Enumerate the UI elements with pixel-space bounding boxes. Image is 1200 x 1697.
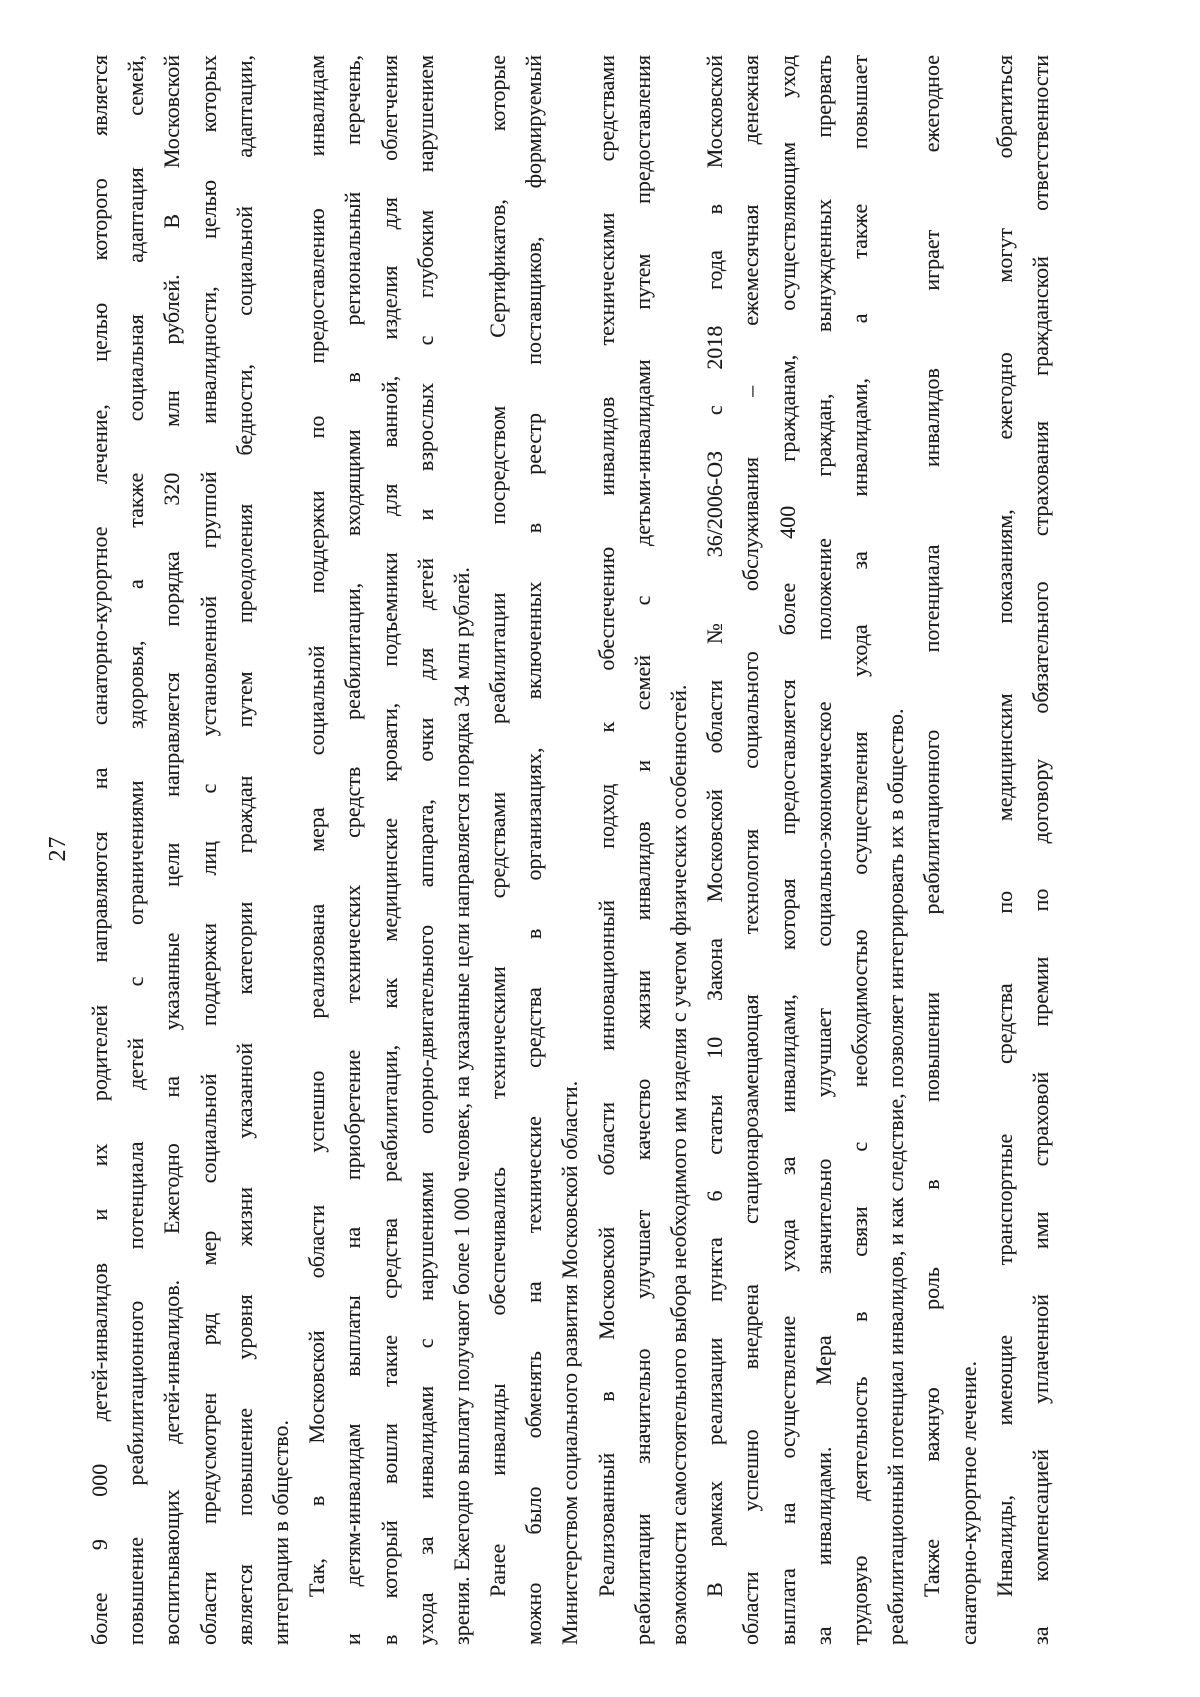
text-line: Так, в Московской области успешно реализ… xyxy=(299,55,335,1645)
text-line: повышение реабилитационного потенциала д… xyxy=(118,55,154,1645)
text-line: интеграции в общество. xyxy=(263,55,299,1645)
text-line: возможности самостоятельного выбора необ… xyxy=(661,55,697,1645)
paragraph: более 9 000 детей-инвалидов и их родител… xyxy=(82,55,299,1645)
text-line: Также важную роль в повышении реабилитац… xyxy=(914,55,950,1645)
text-line: ухода за инвалидами с нарушениями опорно… xyxy=(408,55,444,1645)
text-line: реабилитации значительно улучшает качест… xyxy=(625,55,661,1645)
text-line: выплата на осуществление ухода за инвали… xyxy=(770,55,806,1645)
text-line: является повышение уровня жизни указанно… xyxy=(227,55,263,1645)
text-line: трудовую деятельность в связи с необходи… xyxy=(842,55,878,1645)
paragraph: Так, в Московской области успешно реализ… xyxy=(299,55,480,1645)
text-line: зрения. Ежегодно выплату получают более … xyxy=(444,55,480,1645)
text-line: реабилитационный потенциал инвалидов, и … xyxy=(878,55,914,1645)
text-line: воспитывающих детей-инвалидов. Ежегодно … xyxy=(154,55,190,1645)
paragraph: В рамках реализации пункта 6 статьи 10 З… xyxy=(697,55,914,1645)
text-line: В рамках реализации пункта 6 статьи 10 З… xyxy=(697,55,733,1645)
text-line: Ранее инвалиды обеспечивались технически… xyxy=(480,55,516,1645)
text-line: и детям-инвалидам выплаты на приобретени… xyxy=(335,55,371,1645)
paragraph: Реализованный в Московской области иннов… xyxy=(589,55,698,1645)
text-line: можно было обменять на технические средс… xyxy=(516,55,552,1645)
text-line: области предусмотрен ряд мер социальной … xyxy=(191,55,227,1645)
text-line: Инвалиды, имеющие транспортные средства … xyxy=(987,55,1023,1645)
page-number: 27 xyxy=(44,0,72,1697)
text-line: Министерством социального развития Моско… xyxy=(552,55,588,1645)
text-line: в который вошли такие средства реабилита… xyxy=(372,55,408,1645)
text-line: более 9 000 детей-инвалидов и их родител… xyxy=(82,55,118,1645)
paragraph: Инвалиды, имеющие транспортные средства … xyxy=(987,55,1059,1645)
text-line: за инвалидами. Мера значительно улучшает… xyxy=(806,55,842,1645)
text-line: Реализованный в Московской области иннов… xyxy=(589,55,625,1645)
text-line: санаторно-курортное лечение. xyxy=(951,55,987,1645)
text-line: области успешно внедрена стационарозамещ… xyxy=(733,55,769,1645)
document-body: более 9 000 детей-инвалидов и их родител… xyxy=(82,55,1059,1645)
paragraph: Ранее инвалиды обеспечивались технически… xyxy=(480,55,589,1645)
text-line: за компенсацией уплаченной ими страховой… xyxy=(1023,55,1059,1645)
scanned-page: 27 более 9 000 детей-инвалидов и их роди… xyxy=(0,0,1200,1697)
paragraph: Также важную роль в повышении реабилитац… xyxy=(914,55,986,1645)
